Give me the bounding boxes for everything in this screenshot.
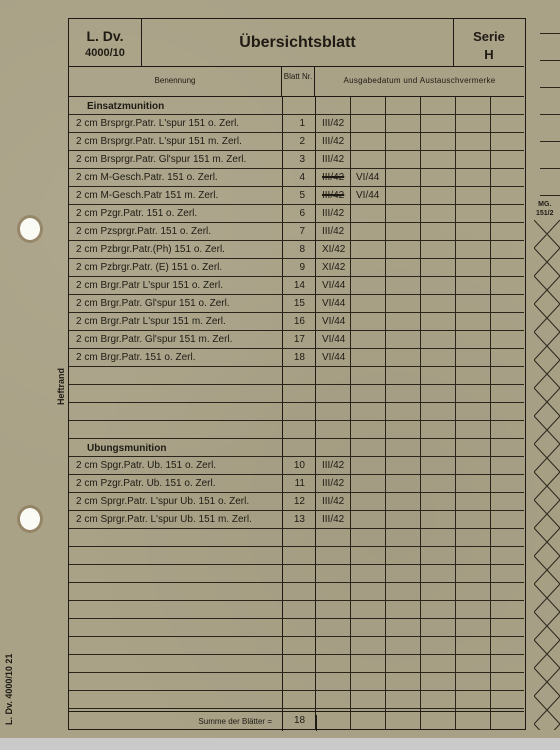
table-row: 2 cm Pzbrgr.Patr.(Ph) 151 o. Zerl.8XI/42 [69,241,524,259]
column-header-benennung: Benennung [69,67,282,97]
issue-date: XI/42 [322,244,345,255]
issue-date: III/42 [322,136,344,147]
item-name: 2 cm Pzbrgr.Patr.(Ph) 151 o. Zerl. [76,244,225,255]
next-sheet-label: MG. 151/2 [536,200,554,218]
column-header-ausgabedatum: Ausgabedatum und Austauschvermerke [315,67,524,97]
issue-date: VI/44 [356,172,379,183]
table-row: 2 cm Brgr.Patr. Gl'spur 151 o. Zerl.15VI… [69,295,524,313]
table-row: 2 cm Brsprgr.Patr. L'spur 151 o. Zerl.1I… [69,115,524,133]
sheet-number: 17 [282,334,315,345]
table-row [69,385,524,403]
issue-date: XI/42 [322,262,345,273]
sum-label: Summe der Blätter = [198,717,278,726]
table-row [69,583,524,601]
item-name: 2 cm M-Gesch.Patr 151 m. Zerl. [76,190,218,201]
doc-id-cell: L. Dv. 4000/10 [69,19,142,67]
page-title: Übersichtsblatt [142,19,454,67]
crossed-cells-pattern [534,220,560,730]
sheet-number: 10 [282,460,315,471]
sheet-number: 12 [282,496,315,507]
sheet-number: 3 [282,154,315,165]
sum-row: Summe der Blätter = 18 [69,711,524,729]
table-row [69,637,524,655]
table-row [69,529,524,547]
issue-date-struck: III/42 [322,190,344,201]
item-name: 2 cm Brgr.Patr. 151 o. Zerl. [76,352,196,363]
issue-date: III/42 [322,154,344,165]
table-row: 2 cm Brsprgr.Patr. L'spur 151 m. Zerl.2I… [69,133,524,151]
sheet-number: 16 [282,316,315,327]
item-name: 2 cm Pzgr.Patr. 151 o. Zerl. [76,208,197,219]
sheet-number: 1 [282,118,315,129]
item-name: 2 cm Sprgr.Patr. L'spur Ub. 151 m. Zerl. [76,514,252,525]
issue-date: III/42 [322,118,344,129]
item-name: 2 cm Brsprgr.Patr. Gl'spur 151 m. Zerl. [76,154,246,165]
section-header-row: Einsatzmunition [69,97,524,115]
issue-date: III/42 [322,226,344,237]
section-header-row: Ubungsmunition [69,439,524,457]
item-name: 2 cm M-Gesch.Patr. 151 o. Zerl. [76,172,218,183]
sheet-number: 13 [282,514,315,525]
table-row: 2 cm Brgr.Patr. 151 o. Zerl.18VI/44 [69,349,524,367]
sheet-number: 6 [282,208,315,219]
issue-date: III/42 [322,496,344,507]
table-row [69,619,524,637]
table-row: 2 cm Spgr.Patr. Ub. 151 o. Zerl.10III/42 [69,457,524,475]
sheet-number: 4 [282,172,315,183]
table-row: 2 cm Brgr.Patr L'spur 151 o. Zerl.14VI/4… [69,277,524,295]
item-name: 2 cm Brgr.Patr L'spur 151 m. Zerl. [76,316,226,327]
table-row [69,565,524,583]
table-row [69,673,524,691]
table-row: 2 cm Brgr.Patr. Gl'spur 151 m. Zerl.17VI… [69,331,524,349]
issue-date: VI/44 [356,190,379,201]
section-title: Ubungsmunition [87,443,166,454]
sheet-number: 18 [282,352,315,363]
table-row: 2 cm Sprgr.Patr. L'spur Ub. 151 o. Zerl.… [69,493,524,511]
table-row: 2 cm Pzgr.Patr. 151 o. Zerl.6III/42 [69,205,524,223]
issue-date: III/42 [322,514,344,525]
table-row [69,601,524,619]
sheet-number: 14 [282,280,315,291]
punch-hole-bottom [20,508,40,530]
item-name: 2 cm Spgr.Patr. Ub. 151 o. Zerl. [76,460,216,471]
issue-date: VI/44 [322,298,345,309]
table-row: 2 cm Brsprgr.Patr. Gl'spur 151 m. Zerl.3… [69,151,524,169]
punch-hole-top [20,218,40,240]
section-title: Einsatzmunition [87,101,164,112]
issue-date: VI/44 [322,316,345,327]
issue-date: VI/44 [322,334,345,345]
item-name: 2 cm Brgr.Patr L'spur 151 o. Zerl. [76,280,223,291]
table-row: 2 cm Pzbrgr.Patr. (E) 151 o. Zerl.9XI/42 [69,259,524,277]
table-row: 2 cm Pzsprgr.Patr. 151 o. Zerl.7III/42 [69,223,524,241]
item-name: 2 cm Pzsprgr.Patr. 151 o. Zerl. [76,226,211,237]
column-header-blatt-nr: Blatt Nr. [282,67,315,97]
sheet-number: 5 [282,190,315,201]
sheet-number: 7 [282,226,315,237]
sheet-number: 11 [282,478,315,489]
issue-date-struck: III/42 [322,172,344,183]
issue-date: VI/44 [322,280,345,291]
overview-sheet-form: L. Dv. 4000/10 Übersichtsblatt Serie H B… [68,18,526,730]
issue-date: VI/44 [322,352,345,363]
side-doc-reference: L. Dv. 4000/10 21 [4,654,14,725]
table-row [69,403,524,421]
table-row: 2 cm Sprgr.Patr. L'spur Ub. 151 m. Zerl.… [69,511,524,529]
table-row [69,691,524,709]
item-name: 2 cm Brgr.Patr. Gl'spur 151 m. Zerl. [76,334,232,345]
item-name: 2 cm Brgr.Patr. Gl'spur 151 o. Zerl. [76,298,230,309]
issue-date: III/42 [322,460,344,471]
sum-value: 18 [282,715,317,731]
table-row [69,655,524,673]
item-name: 2 cm Pzgr.Patr. Ub. 151 o. Zerl. [76,478,216,489]
item-name: 2 cm Brsprgr.Patr. L'spur 151 o. Zerl. [76,118,239,129]
table-row [69,367,524,385]
sheet-number: 2 [282,136,315,147]
sheet-number: 15 [282,298,315,309]
table-row: 2 cm Brgr.Patr L'spur 151 m. Zerl.16VI/4… [69,313,524,331]
item-name: 2 cm Pzbrgr.Patr. (E) 151 o. Zerl. [76,262,222,273]
viewer-bottom-strip [0,738,560,750]
table-row: 2 cm M-Gesch.Patr 151 m. Zerl.5III/42VI/… [69,187,524,205]
item-name: 2 cm Sprgr.Patr. L'spur Ub. 151 o. Zerl. [76,496,249,507]
issue-date: III/42 [322,208,344,219]
issue-date: III/42 [322,478,344,489]
sheet-number: 8 [282,244,315,255]
sheet-number: 9 [282,262,315,273]
binding-margin-label: Heftrand [56,368,66,405]
table-row: 2 cm M-Gesch.Patr. 151 o. Zerl.4III/42VI… [69,169,524,187]
table-row: 2 cm Pzgr.Patr. Ub. 151 o. Zerl.11III/42 [69,475,524,493]
item-name: 2 cm Brsprgr.Patr. L'spur 151 m. Zerl. [76,136,242,147]
table-row [69,421,524,439]
serie-cell: Serie H [454,19,524,67]
table-row [69,547,524,565]
